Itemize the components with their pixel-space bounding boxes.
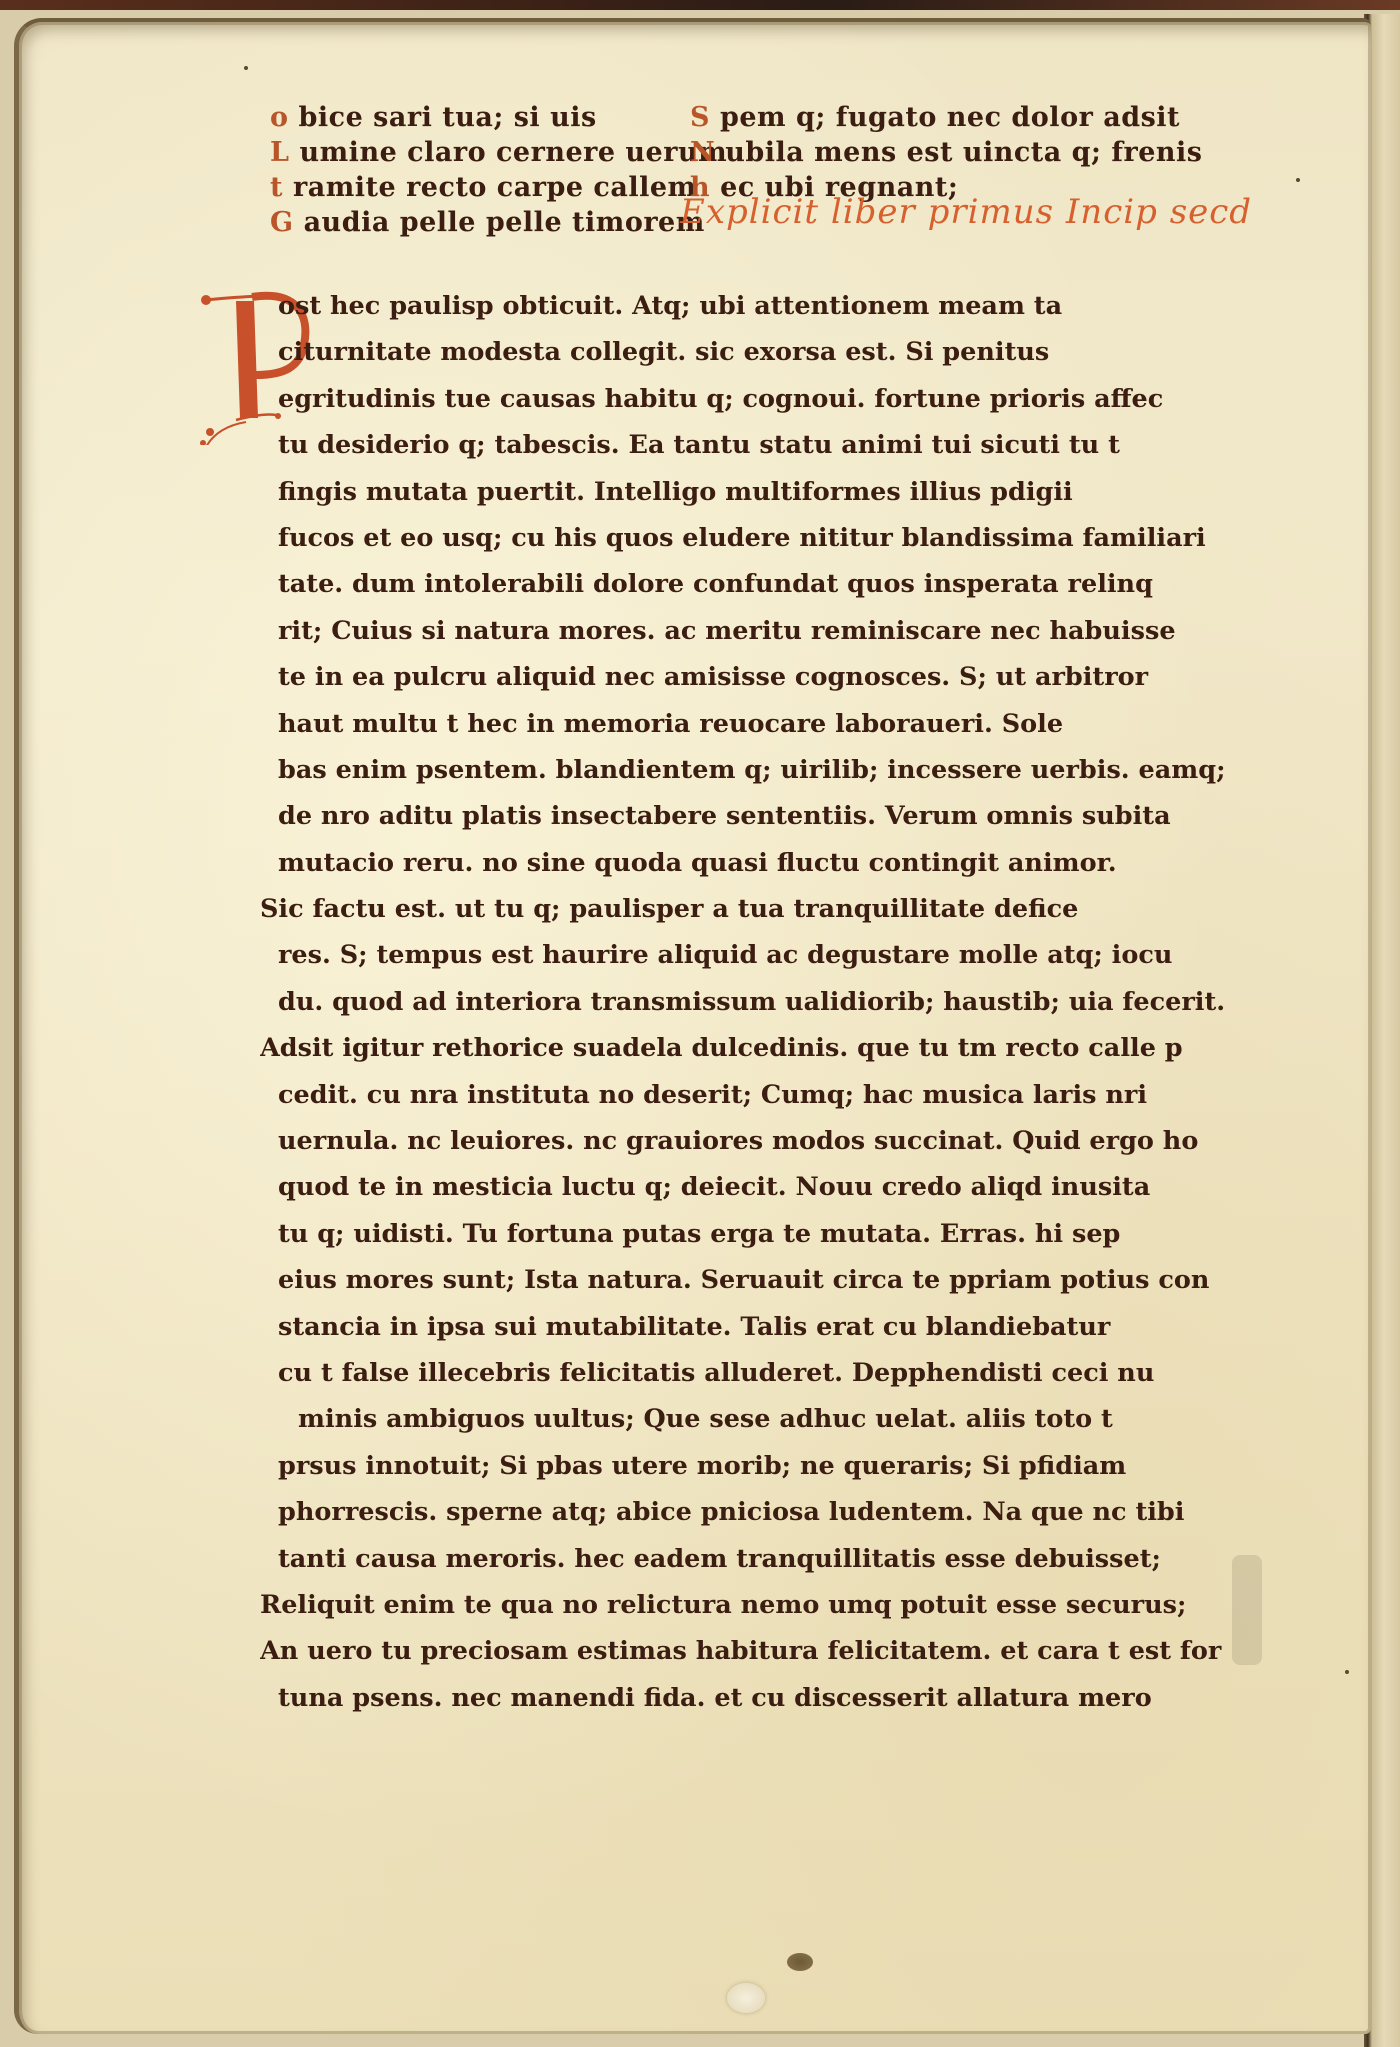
text-line: haut multu t hec in memoria reuocare lab… bbox=[278, 701, 1228, 747]
verse-text: pem q; fugato nec dolor adsit bbox=[720, 102, 1180, 133]
verse-text: bice sari tua; si uis bbox=[299, 102, 597, 133]
text-line: mutacio reru. no sine quoda quasi fluctu… bbox=[278, 840, 1228, 886]
verse-line: Gaudia pelle pelle timorem bbox=[270, 205, 727, 240]
text-line: cu t false illecebris felicitatis allude… bbox=[278, 1350, 1228, 1396]
text-line: An uero tu preciosam estimas habitura fe… bbox=[260, 1628, 1228, 1674]
verse-line: Lumine claro cernere uerum bbox=[270, 135, 727, 170]
verse-line: tramite recto carpe callem bbox=[270, 170, 727, 205]
text-line: eius mores sunt; Ista natura. Seruauit c… bbox=[278, 1257, 1228, 1303]
text-line: Sic factu est. ut tu q; paulisper a tua … bbox=[260, 886, 1228, 932]
parchment-speck bbox=[1345, 1670, 1349, 1674]
text-line: quod te in mesticia luctu q; deiecit. No… bbox=[278, 1164, 1228, 1210]
text-line: phorrescis. sperne atq; abice pniciosa l… bbox=[278, 1489, 1228, 1535]
parchment-speck bbox=[1296, 178, 1300, 182]
prose-text-block: ost hec paulisp obticuit. Atq; ubi atten… bbox=[278, 283, 1228, 1721]
text-line: egritudinis tue causas habitu q; cognoui… bbox=[278, 376, 1228, 422]
text-line: fingis mutata puertit. Intelligo multifo… bbox=[278, 469, 1228, 515]
verse-right-column: Spem q; fugato nec dolor adsit Nubila me… bbox=[690, 100, 1203, 205]
text-line: tate. dum intolerabili dolore confundat … bbox=[278, 561, 1228, 607]
parchment-hole bbox=[787, 1953, 813, 1971]
verse-text: audia pelle pelle timorem bbox=[304, 207, 705, 238]
verse-initial: L bbox=[270, 137, 289, 168]
text-line: tu desiderio q; tabescis. Ea tantu statu… bbox=[278, 422, 1228, 468]
text-line: tanti causa meroris. hec eadem tranquill… bbox=[278, 1536, 1228, 1582]
verse-left-column: obice sari tua; si uis Lumine claro cern… bbox=[270, 100, 727, 240]
text-line: bas enim psentem. blandientem q; uirilib… bbox=[278, 747, 1228, 793]
verse-line: Spem q; fugato nec dolor adsit bbox=[690, 100, 1203, 135]
text-line: tuna psens. nec manendi fida. et cu disc… bbox=[278, 1675, 1228, 1721]
text-line: citurnitate modesta collegit. sic exorsa… bbox=[278, 329, 1228, 375]
text-line: Adsit igitur rethorice suadela dulcedini… bbox=[260, 1025, 1228, 1071]
verse-line: Nubila mens est uincta q; frenis bbox=[690, 135, 1203, 170]
rubric-explicit-incipit: Explicit liber primus Incip secd bbox=[680, 192, 1252, 232]
verse-initial: G bbox=[270, 207, 294, 238]
verse-initial: t bbox=[270, 172, 283, 203]
text-line: cedit. cu nra instituta no deserit; Cumq… bbox=[278, 1072, 1228, 1118]
verse-initial: N bbox=[690, 137, 715, 168]
text-line: fucos et eo usq; cu his quos eludere nit… bbox=[278, 515, 1228, 561]
verse-initial: S bbox=[690, 102, 710, 133]
text-line: Reliquit enim te qua no relictura nemo u… bbox=[260, 1582, 1228, 1628]
text-line: res. S; tempus est haurire aliquid ac de… bbox=[278, 932, 1228, 978]
parchment-speck bbox=[244, 66, 248, 70]
verse-initial: o bbox=[270, 102, 289, 133]
text-line: stancia in ipsa sui mutabilitate. Talis … bbox=[278, 1304, 1228, 1350]
verse-text: umine claro cernere uerum bbox=[299, 137, 727, 168]
verse-line: obice sari tua; si uis bbox=[270, 100, 727, 135]
text-line: ost hec paulisp obticuit. Atq; ubi atten… bbox=[278, 283, 1228, 329]
text-line: rit; Cuius si natura mores. ac meritu re… bbox=[278, 608, 1228, 654]
verse-text: ubila mens est uincta q; frenis bbox=[725, 137, 1202, 168]
text-line: minis ambiguos uultus; Que sese adhuc ue… bbox=[298, 1396, 1228, 1442]
text-line: du. quod ad interiora transmissum ualidi… bbox=[278, 979, 1228, 1025]
text-line: prsus innotuit; Si pbas utere morib; ne … bbox=[278, 1443, 1228, 1489]
text-line: tu q; uidisti. Tu fortuna putas erga te … bbox=[278, 1211, 1228, 1257]
text-line: de nro aditu platis insectabere sententi… bbox=[278, 793, 1228, 839]
parchment-stain bbox=[1232, 1555, 1262, 1665]
parchment-repair bbox=[727, 1983, 765, 2013]
verse-text: ramite recto carpe callem bbox=[293, 172, 697, 203]
text-line: uernula. nc leuiores. nc grauiores modos… bbox=[278, 1118, 1228, 1164]
text-line: te in ea pulcru aliquid nec amisisse cog… bbox=[278, 654, 1228, 700]
